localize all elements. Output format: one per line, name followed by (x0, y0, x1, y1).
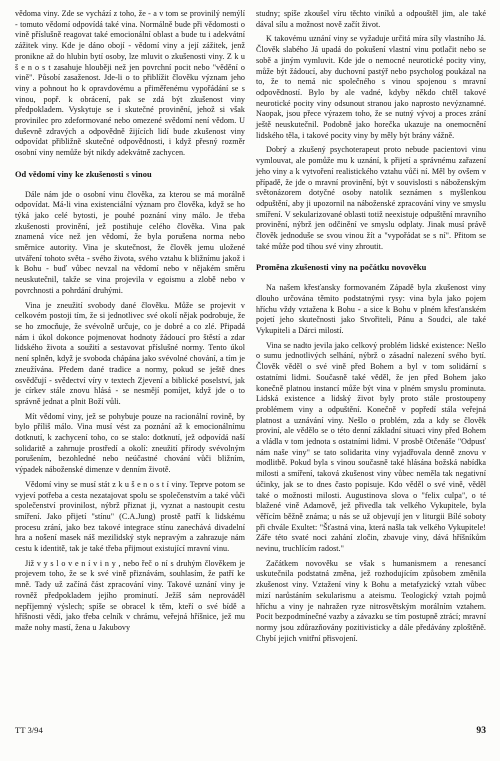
paragraph: Vědomí viny se musí stát z k u š e n o s… (15, 480, 245, 555)
paragraph: Dobrý a zkušený psychoterapeut proto neb… (256, 145, 486, 252)
paragraph: Již v y s l o v e n í v i n y , nebo řeč… (15, 559, 245, 634)
paragraph: Na našem křesťansky formovaném Západě by… (256, 283, 486, 337)
paragraph: Vina je zneužití svobody dané člověku. M… (15, 301, 245, 408)
right-column: studny; spíše zkoušel víru těchto viníků… (256, 9, 486, 644)
left-column: vědoma viny. Zde se vychází z toho, že -… (15, 9, 245, 644)
page-number: 93 (476, 725, 486, 736)
paragraph: Mít vědomí viny, jež se pohybuje pouze n… (15, 412, 245, 476)
page-footer: TT 3/94 93 (15, 725, 486, 736)
paragraph: vědoma viny. Zde se vychází z toho, že -… (15, 9, 245, 159)
paragraph: studny; spíše zkoušel víru těchto viníků… (256, 9, 486, 30)
paragraph: Začátkem novověku se však s humanismem a… (256, 559, 486, 645)
paragraph: Vina se nadto jevila jako celkový problé… (256, 341, 486, 555)
paragraph: Dále nám jde o osobní vinu člověka, za k… (15, 190, 245, 297)
section-heading: Od vědomí viny ke zkušenosti s vinou (15, 170, 245, 181)
paragraph: K takovému uznání viny se vyžaduje určit… (256, 34, 486, 141)
document-page: vědoma viny. Zde se vychází z toho, že -… (0, 0, 500, 761)
journal-issue-label: TT 3/94 (15, 725, 43, 735)
section-heading: Proměna zkušenosti viny na počátku novov… (256, 263, 486, 274)
text-columns: vědoma viny. Zde se vychází z toho, že -… (15, 9, 486, 644)
